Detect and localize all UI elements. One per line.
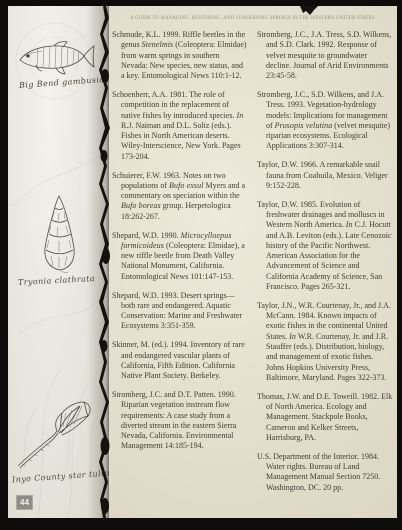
reference-entry: Skinner, M. (ed.). 1994. Inventory of ra… bbox=[112, 340, 248, 381]
reference-entry: Taylor, D.W. 1985. Evolution of freshwat… bbox=[257, 200, 393, 293]
photo-frame: Big Bend gambusia Tryonia clathrata bbox=[0, 0, 402, 530]
reference-entry: Thomas, J.W. and D.E. Toweill. 1982. Elk… bbox=[257, 392, 393, 443]
reference-columns: Schmude, K.L. 1999. Riffle beetles in th… bbox=[112, 30, 393, 501]
reference-column-right: Stromberg, J.C., J.A. Tress, S.D. Wilken… bbox=[257, 30, 393, 501]
reference-entry: U.S. Department of the Interior. 1984. W… bbox=[257, 452, 393, 493]
reference-entry: Stromberg, J.C. and D.T. Patten. 1990. R… bbox=[112, 390, 248, 452]
snail-illustration bbox=[32, 192, 86, 274]
torn-edge bbox=[94, 6, 120, 518]
bibliography-content: A Guide to Managing, Restoring, and Cons… bbox=[112, 16, 393, 518]
reference-entry: Schuierer, F.W. 1963. Notes on two popul… bbox=[112, 171, 248, 222]
reference-entry: Stromberg, J.C., J.A. Tress, S.D. Wilken… bbox=[257, 30, 393, 81]
flower-illustration bbox=[10, 386, 102, 474]
reference-entry: Schoenherr, A.A. 1981. The role of compe… bbox=[112, 90, 248, 162]
reference-entry: Shepard, W.D. 1990. Microcylloepus formi… bbox=[112, 231, 248, 282]
reference-entry: Schmude, K.L. 1999. Riffle beetles in th… bbox=[112, 30, 248, 81]
fish-illustration bbox=[16, 34, 96, 80]
page-number-badge: 44 bbox=[16, 495, 33, 510]
reference-column-left: Schmude, K.L. 1999. Riffle beetles in th… bbox=[112, 30, 248, 501]
reference-entry: Stromberg, J.C., S.D. Wilkens, and J.A. … bbox=[257, 90, 393, 152]
book-page: Big Bend gambusia Tryonia clathrata bbox=[8, 6, 397, 518]
reference-entry: Shepard, W.D. 1993. Desert springs—both … bbox=[112, 291, 248, 332]
running-header: A Guide to Managing, Restoring, and Cons… bbox=[112, 16, 393, 21]
top-tear-notch bbox=[300, 6, 318, 16]
reference-entry: Taylor, D.W. 1966. A remarkable snail fa… bbox=[257, 160, 393, 191]
reference-entry: Taylor, J.N., W.R. Courtenay, Jr., and J… bbox=[257, 301, 393, 383]
